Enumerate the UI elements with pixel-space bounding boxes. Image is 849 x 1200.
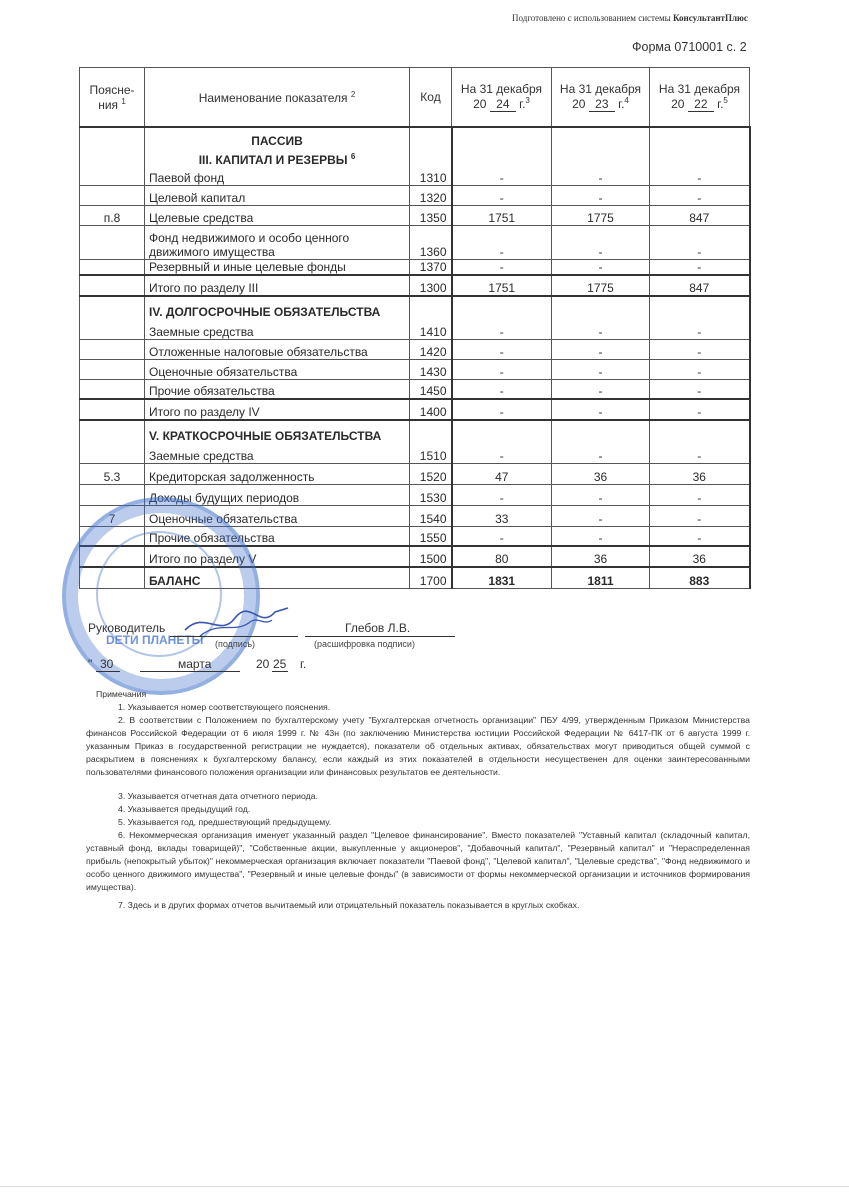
cell-name: IV. ДОЛГОСРОЧНЫЕ ОБЯЗАТЕЛЬСТВАЗаемные ср… xyxy=(145,296,410,339)
row-label: Прочие обязательства xyxy=(149,384,275,398)
month-line xyxy=(140,671,240,672)
cell-name: Прочие обязательства xyxy=(145,526,410,546)
cell-value-2023: 36 xyxy=(552,463,650,484)
section-heading: V. КРАТКОСРОЧНЫЕ ОБЯЗАТЕЛЬСТВА xyxy=(149,429,405,443)
cell-value-2023: - xyxy=(552,127,650,185)
note-item: 7. Здесь и в других формах отчетов вычит… xyxy=(86,899,750,912)
row-label: Заемные средства xyxy=(149,325,254,339)
table-row: Оценочные обязательства1430--- xyxy=(80,359,750,379)
source-brand: КонсультантПлюс xyxy=(673,13,748,23)
table-row: Резервный и иные целевые фонды1370--- xyxy=(80,259,750,275)
cell-value-2024: - xyxy=(452,420,552,463)
cell-value-2024: 80 xyxy=(452,546,552,567)
cell-name: Целевые средства xyxy=(145,205,410,225)
signature-line xyxy=(170,636,298,637)
note-item: 2. В соответствии с Положением по бухгал… xyxy=(86,714,750,779)
cell-value-2023: - xyxy=(552,359,650,379)
note-item: 5. Указывается год, предшествующий преды… xyxy=(86,816,750,829)
cell-code: 1700 xyxy=(410,567,452,588)
cell-name: Итого по разделу V xyxy=(145,546,410,567)
cell-value-2024: 1751 xyxy=(452,205,552,225)
cell-value-2023: - xyxy=(552,225,650,259)
cell-value-2023: - xyxy=(552,296,650,339)
table-row: Итого по разделу III130017511775847 xyxy=(80,275,750,296)
col-header-period-2022: На 31 декабря 20 22 г.5 xyxy=(650,68,750,128)
cell-value-2022: - xyxy=(650,399,750,420)
cell-value-2024: 47 xyxy=(452,463,552,484)
cell-value-2023: - xyxy=(552,526,650,546)
handwritten-signature xyxy=(180,600,290,644)
cell-value-2022: - xyxy=(650,505,750,526)
cell-note xyxy=(80,225,145,259)
cell-value-2024: - xyxy=(452,339,552,359)
cell-value-2024: - xyxy=(452,127,552,185)
cell-value-2022: - xyxy=(650,420,750,463)
cell-value-2023: 1775 xyxy=(552,275,650,296)
scan-edge xyxy=(0,1186,849,1187)
table-row: 7Оценочные обязательства154033-- xyxy=(80,505,750,526)
cell-name: Резервный и иные целевые фонды xyxy=(145,259,410,275)
table-row: Отложенные налоговые обязательства1420--… xyxy=(80,339,750,359)
table-row: Целевой капитал1320--- xyxy=(80,185,750,205)
cell-code: 1550 xyxy=(410,526,452,546)
table-row: ПАССИВIII. КАПИТАЛ И РЕЗЕРВЫ 6Паевой фон… xyxy=(80,127,750,185)
cell-value-2022: 847 xyxy=(650,205,750,225)
row-label: Доходы будущих периодов xyxy=(149,491,299,505)
cell-value-2024: - xyxy=(452,399,552,420)
note-item: 6. Некоммерческая организация именует ук… xyxy=(86,829,750,894)
table-row: 5.3Кредиторская задолженность1520473636 xyxy=(80,463,750,484)
note-item: 1. Указывается номер соответствующего по… xyxy=(86,701,750,714)
cell-value-2022: - xyxy=(650,259,750,275)
source-attribution: Подготовлено с использованием системы Ко… xyxy=(512,13,748,23)
cell-code: 1530 xyxy=(410,484,452,505)
notes-section: Примечания 1. Указывается номер соответс… xyxy=(86,688,750,912)
row-label: Целевой капитал xyxy=(149,191,245,205)
date-year: 25 xyxy=(273,657,286,671)
row-label: Целевые средства xyxy=(149,211,253,225)
cell-code: 1410 xyxy=(410,296,452,339)
row-label: Итого по разделу IV xyxy=(149,405,260,419)
cell-note xyxy=(80,275,145,296)
cell-value-2024: - xyxy=(452,259,552,275)
cell-value-2023: 1811 xyxy=(552,567,650,588)
cell-note xyxy=(80,420,145,463)
cell-name: Кредиторская задолженность xyxy=(145,463,410,484)
note-item: 3. Указывается отчетная дата отчетного п… xyxy=(86,790,750,803)
cell-name: Оценочные обязательства xyxy=(145,359,410,379)
row-label: Прочие обязательства xyxy=(149,531,275,545)
cell-note xyxy=(80,379,145,399)
day-line xyxy=(96,671,120,672)
table-header-row: Поясне-ния 1 Наименование показателя 2 К… xyxy=(80,68,750,128)
note-item: 4. Указывается предыдущий год. xyxy=(86,803,750,816)
row-label: Итого по разделу V xyxy=(149,552,256,566)
cell-value-2024: 1831 xyxy=(452,567,552,588)
notes-title: Примечания xyxy=(96,688,750,701)
col-header-period-2024: На 31 декабря 20 24 г.3 xyxy=(452,68,552,128)
cell-name: Прочие обязательства xyxy=(145,379,410,399)
cell-name: Оценочные обязательства xyxy=(145,505,410,526)
cell-name: Отложенные налоговые обязательства xyxy=(145,339,410,359)
cell-value-2022: - xyxy=(650,484,750,505)
table-row: IV. ДОЛГОСРОЧНЫЕ ОБЯЗАТЕЛЬСТВАЗаемные ср… xyxy=(80,296,750,339)
cell-value-2022: - xyxy=(650,359,750,379)
cell-value-2024: - xyxy=(452,359,552,379)
cell-name: Фонд недвижимого и особо ценного движимо… xyxy=(145,225,410,259)
cell-code: 1370 xyxy=(410,259,452,275)
name-caption: (расшифровка подписи) xyxy=(314,639,415,649)
signatory-name: Глебов Л.В. xyxy=(345,621,410,635)
cell-value-2024: - xyxy=(452,296,552,339)
cell-code: 1400 xyxy=(410,399,452,420)
table-row: Доходы будущих периодов1530--- xyxy=(80,484,750,505)
cell-note xyxy=(80,259,145,275)
cell-value-2022: 36 xyxy=(650,463,750,484)
cell-code: 1540 xyxy=(410,505,452,526)
row-label: Паевой фонд xyxy=(149,171,224,185)
cell-value-2022: - xyxy=(650,127,750,185)
cell-name: Доходы будущих периодов xyxy=(145,484,410,505)
cell-code: 1450 xyxy=(410,379,452,399)
row-label: БАЛАНС xyxy=(149,574,200,588)
cell-code: 1420 xyxy=(410,339,452,359)
cell-value-2023: - xyxy=(552,185,650,205)
cell-note xyxy=(80,546,145,567)
date-day: 30 xyxy=(100,657,113,671)
section-heading: III. КАПИТАЛ И РЕЗЕРВЫ 6 xyxy=(149,152,405,167)
cell-note: п.8 xyxy=(80,205,145,225)
year-line xyxy=(272,671,288,672)
balance-sheet-table: Поясне-ния 1 Наименование показателя 2 К… xyxy=(79,67,751,589)
cell-value-2022: 883 xyxy=(650,567,750,588)
cell-note xyxy=(80,359,145,379)
signature-caption: (подпись) xyxy=(215,639,255,649)
table-row: V. КРАТКОСРОЧНЫЕ ОБЯЗАТЕЛЬСТВАЗаемные ср… xyxy=(80,420,750,463)
table-row: Итого по разделу IV1400--- xyxy=(80,399,750,420)
date-month: марта xyxy=(178,657,211,671)
cell-name: Итого по разделу IV xyxy=(145,399,410,420)
cell-code: 1500 xyxy=(410,546,452,567)
cell-code: 1520 xyxy=(410,463,452,484)
cell-value-2024: - xyxy=(452,484,552,505)
cell-value-2023: 1775 xyxy=(552,205,650,225)
col-header-code: Код xyxy=(410,68,452,128)
cell-value-2023: - xyxy=(552,484,650,505)
date-year-suffix: г. xyxy=(300,657,306,671)
cell-value-2022: - xyxy=(650,339,750,359)
cell-value-2022: - xyxy=(650,296,750,339)
cell-note: 7 xyxy=(80,505,145,526)
row-label: Итого по разделу III xyxy=(149,281,258,295)
cell-note xyxy=(80,484,145,505)
cell-name: ПАССИВIII. КАПИТАЛ И РЕЗЕРВЫ 6Паевой фон… xyxy=(145,127,410,185)
cell-note xyxy=(80,296,145,339)
cell-value-2023: - xyxy=(552,505,650,526)
cell-code: 1320 xyxy=(410,185,452,205)
form-number: Форма 0710001 с. 2 xyxy=(632,40,747,54)
cell-value-2024: - xyxy=(452,225,552,259)
row-label: Кредиторская задолженность xyxy=(149,470,314,484)
cell-note xyxy=(80,526,145,546)
cell-value-2023: - xyxy=(552,420,650,463)
cell-value-2022: - xyxy=(650,526,750,546)
row-label: Отложенные налоговые обязательства xyxy=(149,345,368,359)
cell-name: Целевой капитал xyxy=(145,185,410,205)
cell-value-2024: 1751 xyxy=(452,275,552,296)
cell-code: 1300 xyxy=(410,275,452,296)
table-row: Итого по разделу V1500803636 xyxy=(80,546,750,567)
cell-value-2024: - xyxy=(452,526,552,546)
col-header-note: Поясне-ния 1 xyxy=(80,68,145,128)
table-row: Прочие обязательства1450--- xyxy=(80,379,750,399)
cell-value-2022: 36 xyxy=(650,546,750,567)
cell-value-2022: - xyxy=(650,379,750,399)
row-label: Оценочные обязательства xyxy=(149,365,297,379)
cell-code: 1310 xyxy=(410,127,452,185)
table-row: Прочие обязательства1550--- xyxy=(80,526,750,546)
cell-value-2024: - xyxy=(452,379,552,399)
cell-value-2022: 847 xyxy=(650,275,750,296)
table-row: Фонд недвижимого и особо ценного движимо… xyxy=(80,225,750,259)
cell-value-2023: - xyxy=(552,259,650,275)
cell-value-2022: - xyxy=(650,225,750,259)
col-header-period-2023: На 31 декабря 20 23 г.4 xyxy=(552,68,650,128)
cell-value-2023: 36 xyxy=(552,546,650,567)
cell-note: 5.3 xyxy=(80,463,145,484)
section-heading: IV. ДОЛГОСРОЧНЫЕ ОБЯЗАТЕЛЬСТВА xyxy=(149,305,405,319)
cell-name: БАЛАНС xyxy=(145,567,410,588)
col-header-name: Наименование показателя 2 xyxy=(145,68,410,128)
section-heading: ПАССИВ xyxy=(149,134,405,148)
cell-value-2023: - xyxy=(552,379,650,399)
cell-name: Итого по разделу III xyxy=(145,275,410,296)
cell-value-2024: - xyxy=(452,185,552,205)
signatory-role: Руководитель xyxy=(88,621,165,635)
cell-code: 1430 xyxy=(410,359,452,379)
name-line xyxy=(305,636,455,637)
table-row: БАЛАНС170018311811883 xyxy=(80,567,750,588)
cell-name: V. КРАТКОСРОЧНЫЕ ОБЯЗАТЕЛЬСТВАЗаемные ср… xyxy=(145,420,410,463)
source-prefix: Подготовлено с использованием системы xyxy=(512,13,673,23)
cell-value-2024: 33 xyxy=(452,505,552,526)
cell-note xyxy=(80,567,145,588)
date-open-quote: " xyxy=(88,657,92,671)
row-label: Резервный и иные целевые фонды xyxy=(149,260,346,274)
row-label: Фонд недвижимого и особо ценного движимо… xyxy=(149,231,349,259)
table-row: п.8Целевые средства135017511775847 xyxy=(80,205,750,225)
cell-value-2023: - xyxy=(552,339,650,359)
cell-code: 1350 xyxy=(410,205,452,225)
cell-value-2022: - xyxy=(650,185,750,205)
cell-value-2023: - xyxy=(552,399,650,420)
cell-note xyxy=(80,127,145,185)
row-label: Заемные средства xyxy=(149,449,254,463)
cell-note xyxy=(80,339,145,359)
cell-note xyxy=(80,185,145,205)
cell-code: 1510 xyxy=(410,420,452,463)
cell-note xyxy=(80,399,145,420)
row-label: Оценочные обязательства xyxy=(149,512,297,526)
cell-code: 1360 xyxy=(410,225,452,259)
date-year-prefix: 20 xyxy=(256,657,269,671)
